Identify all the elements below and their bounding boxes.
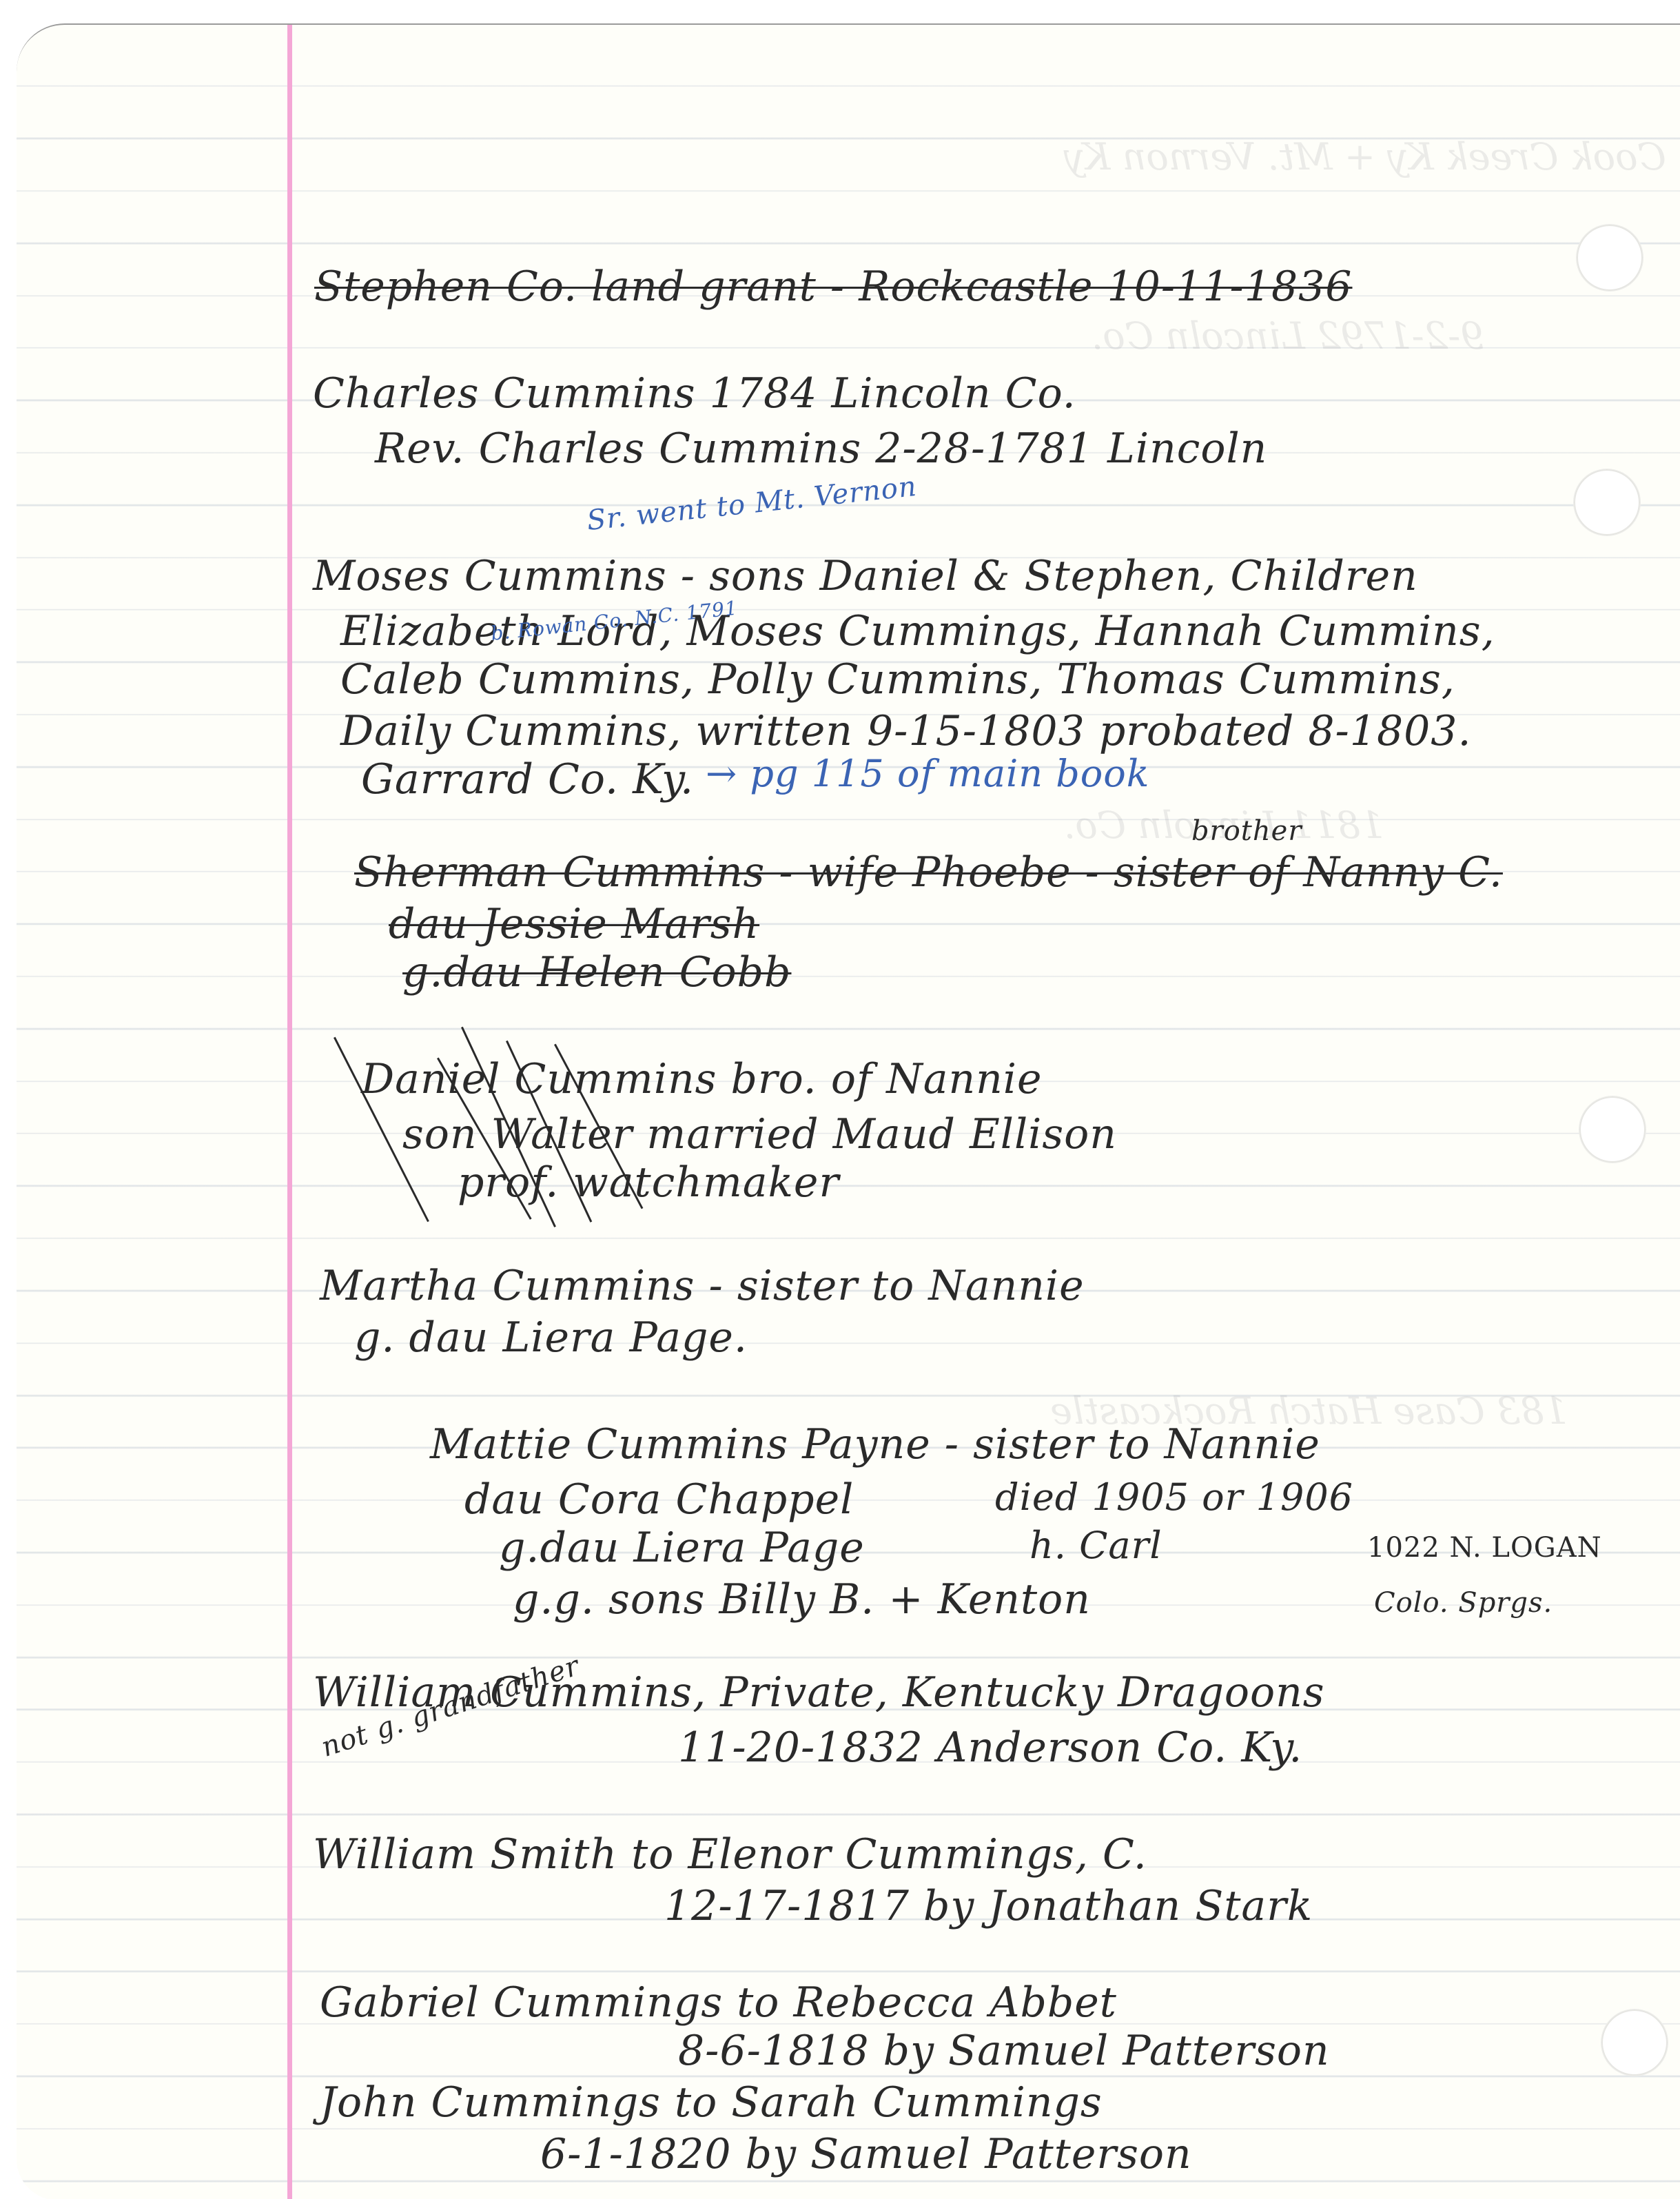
entry-moses-line-5: Garrard Co. Ky. — [361, 759, 694, 800]
entry-william-smith-line-1: William Smith to Elenor Cummings, C. — [313, 1834, 1147, 1875]
entry-william-smith-line-2: 12-17-1817 by Jonathan Stark — [664, 1885, 1313, 1927]
entry-mattie-line-1: Mattie Cummins Payne - sister to Nannie — [430, 1424, 1320, 1465]
entry-charles-cummins-line-2: Rev. Charles Cummins 2-28-1781 Lincoln — [375, 428, 1267, 469]
annotation-main-book-ref: → pg 115 of main book — [706, 755, 1150, 792]
binder-hole — [1579, 1096, 1646, 1163]
margin-line — [287, 25, 292, 2199]
entry-moses-line-4: Daily Cummins, written 9-15-1803 probate… — [340, 710, 1472, 752]
entry-moses-line-3: Caleb Cummins, Polly Cummins, Thomas Cum… — [340, 659, 1455, 700]
entry-sherman-line-2: dau Jessie Marsh — [389, 903, 759, 945]
entry-gabriel-line-2: 8-6-1818 by Samuel Patterson — [678, 2030, 1330, 2072]
entry-gabriel-line-1: Gabriel Cummings to Rebecca Abbet — [320, 1982, 1117, 2023]
entry-daniel-line-3: prof. watchmaker — [458, 1162, 839, 1203]
entry-mattie-line-3: g.dau Liera Page — [499, 1527, 865, 1568]
binder-hole — [1577, 225, 1643, 291]
entry-john-line-1: John Cummings to Sarah Cummings — [320, 2082, 1103, 2123]
binder-hole — [1574, 469, 1640, 535]
entry-martha-line-2: g. dau Liera Page. — [354, 1317, 748, 1358]
entry-daniel-line-2: son Walter married Maud Ellison — [402, 1114, 1117, 1155]
mattie-note-city: Colo. Sprgs. — [1374, 1589, 1553, 1617]
mattie-note-husband: h. Carl — [1029, 1527, 1162, 1564]
entry-stephen-land-grant: Stephen Co. land grant - Rockcastle 10-1… — [314, 266, 1352, 307]
entry-mattie-line-4: g.g. sons Billy B. + Kenton — [513, 1579, 1091, 1620]
entry-john-line-2: 6-1-1820 by Samuel Patterson — [540, 2134, 1192, 2175]
mattie-note-address: 1022 N. LOGAN — [1367, 1534, 1602, 1562]
correction-brother: brother — [1191, 817, 1302, 845]
bleed-through-text: Cook Creek Ky + Mt. Vernon Ky — [1064, 135, 1666, 178]
entry-moses-line-1: Moses Cummins - sons Daniel & Stephen, C… — [313, 555, 1418, 597]
entry-martha-line-1: Martha Cummins - sister to Nannie — [320, 1265, 1085, 1307]
entry-sherman-line-3: g.dau Helen Cobb — [402, 952, 791, 993]
entry-william-private-line-2: 11-20-1832 Anderson Co. Ky. — [678, 1727, 1302, 1768]
mattie-note-died: died 1905 or 1906 — [995, 1479, 1353, 1516]
binder-hole — [1601, 2009, 1668, 2076]
entry-daniel-line-1: Daniel Cummins bro. of Nannie — [361, 1058, 1042, 1100]
entry-charles-cummins-line-1: Charles Cummins 1784 Lincoln Co. — [313, 373, 1076, 414]
bleed-through-text: 9-2-1792 Lincoln Co. — [1092, 314, 1484, 358]
entry-sherman-line-1: Sherman Cummins - wife Phoebe - sister o… — [354, 852, 1503, 893]
entry-mattie-line-2: dau Cora Chappel — [464, 1479, 854, 1520]
notebook-page: Cook Creek Ky + Mt. Vernon Ky 9-2-1792 L… — [17, 23, 1680, 2199]
